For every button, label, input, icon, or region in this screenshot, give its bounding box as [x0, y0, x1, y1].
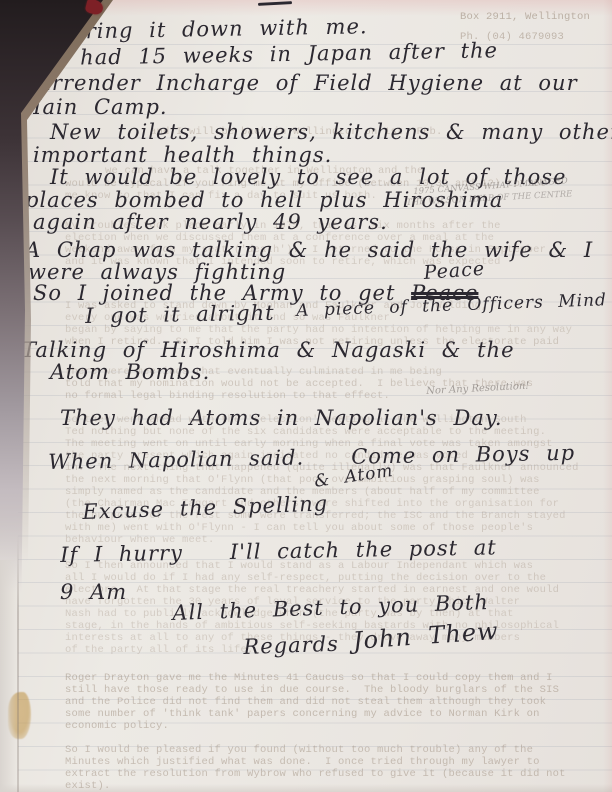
typed-line: exist).: [65, 781, 111, 792]
typed-line: the next morning that O'Flynn (that poor…: [65, 475, 540, 486]
typed-line: extract the resolution from Wybrow who r…: [65, 769, 566, 780]
typed-line: economic policy.: [65, 721, 169, 732]
handwritten-line: Regards: [243, 632, 339, 659]
handwritten-line: Peace: [423, 258, 486, 284]
typed-line: all I would do if I had any self-respect…: [65, 573, 546, 584]
typed-line: some number of 'think tank' papers conce…: [65, 709, 540, 720]
typed-line: with me) went with O'Flynn - I can tell …: [65, 523, 533, 534]
handwritten-line: I got it alright: [85, 301, 275, 328]
typed-line: and the Police did not find them and did…: [65, 697, 546, 708]
handwritten-line: A Chap was talking & he said the wife & …: [25, 238, 593, 262]
typed-line: still have those ready to use in due cou…: [65, 685, 559, 696]
handwritten-line: Surrender Incharge of Field Hygiene at o…: [22, 71, 578, 95]
typed-line: of the party all of its life.: [65, 645, 254, 656]
typed-line: Roger Drayton gave me the Minutes 41 Cau…: [65, 673, 553, 684]
handwritten-line: They had Atoms in Napolian's Day.: [60, 406, 503, 430]
handwritten-line: 9 Am: [60, 580, 127, 604]
typed-line: Box 2911, Wellington: [460, 12, 590, 23]
typed-line: Minutes which justified what was done. I…: [65, 757, 540, 768]
handwritten-line: Atom Bombs.: [50, 360, 210, 384]
paper-left-edge-shadow: [0, 560, 17, 792]
typed-line: no formal legal binding resolution to th…: [65, 391, 390, 402]
handwritten-line: again after nearly 49 years.: [33, 210, 388, 234]
scanned-letter-page: Box 2911, WellingtonPh. (04) 4679093and …: [0, 0, 612, 792]
scan-tint-right: [603, 0, 612, 792]
typed-line: So I would be pleased if you found (with…: [65, 745, 533, 756]
paper-fold-line: [17, 535, 19, 792]
handwritten-line: New toilets, showers, kitchens & many ot…: [50, 120, 612, 144]
handwritten-line: important health things.: [33, 143, 332, 167]
handwritten-line: Talking of Hiroshima & Nagaski & the: [22, 338, 515, 362]
handwritten-line: I had 15 weeks in Japan after the: [55, 38, 498, 70]
